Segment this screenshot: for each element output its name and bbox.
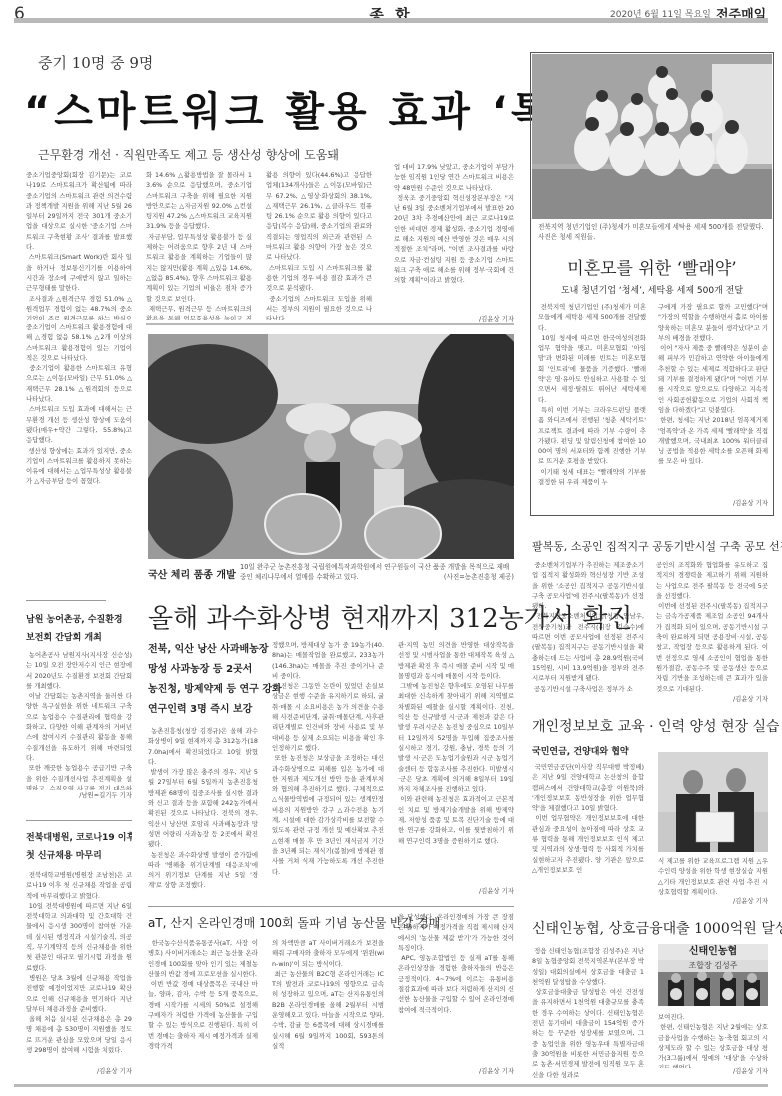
lead-deck: 근무환경 개선 · 직원만족도 제고 등 생산성 향상에 도움돼 <box>38 146 339 163</box>
privacy-byline: /김윤상 기자 <box>658 896 768 908</box>
palbok-column-2: 공인의 조직화와 협업화를 유도하고 집적지의 경쟁력을 제고하기 위해 지원하… <box>656 560 768 694</box>
cheongse-column-2: 구에게 가장 필요로 할까 고민했다"며 "가장의 역할을 수행하면서 홀로 아… <box>658 302 768 498</box>
agreement-signing-illustration <box>658 752 768 852</box>
at-column-1: 한국농수산식품유통공사(aT, 사장 이병호) 사이버거래소는 최근 농산물 온… <box>148 938 258 1078</box>
shintaein-banner-line2: 조합장 김성주 <box>658 960 768 972</box>
namwon-body: 농어촌공사 남원지사(지사장 신승성)는 10일 오전 장안저수지 인근 현장에… <box>26 650 132 790</box>
lead-column-2: 화 14.6% △활용방법을 잘 몰라서 13.6% 순으로 응답했으며, 중소… <box>146 170 252 320</box>
cheongse-staff-photo <box>532 54 772 219</box>
cheongse-subhead: 도내 청년기업 ‘청세’, 세탁용 세제 500개 전달 <box>530 283 774 296</box>
shintaein-column-2: 보여진다. 한편, 신태인농협은 지난 2월에는 상호금융사업을 수행하는 농·… <box>658 1012 768 1068</box>
lead-kicker: 중기 10명 중 9명 <box>38 52 153 73</box>
privacy-column-2: 식 제고를 위한 교육프로그램 지원 △우수인력 양성을 위한 학생 현장실습 … <box>658 856 768 896</box>
privacy-headline: 개인정보보호 교육 · 인력 양성 현장 실습 지원 <box>532 716 782 736</box>
at-rule <box>148 906 514 907</box>
staff-group-illustration <box>532 54 772 219</box>
namwon-headline-line1: 남원 농어촌공, 수질환경 <box>26 612 132 625</box>
privacy-subhead: 국민연금, 건양대와 협약 <box>532 744 629 757</box>
hospital-byline: /김윤상 기자 <box>26 1066 132 1078</box>
cheongse-photo-caption: 전북지역 청년기업인 (주)청세가 미혼모들에게 세탁용 세제 500개를 전달… <box>538 222 766 242</box>
lead-column-1: 중소기업중앙회(회장 김기문)는 코로나19로 스마트워크가 확산됨에 따라 중… <box>26 170 132 320</box>
fire-blight-column-3: 관·지역 농민 의견을 반영한 대상작목을 선정 및 시범사업을 통한 대체작목… <box>398 640 514 884</box>
fire-blight-subhead-4: 연구인력 3명 즉시 보강 <box>148 700 252 715</box>
cheongse-headline: 미혼모를 위한 ‘빨래약’ <box>530 254 774 279</box>
cherry-photo-credit: (사진=농촌진흥청 제공) <box>400 572 514 582</box>
fire-blight-subhead-3: 농진청, 방제약제 등 연구 강화 <box>148 680 282 695</box>
cheongse-byline: /김윤상 기자 <box>658 498 768 510</box>
brief-divider <box>26 820 132 821</box>
page-bottom-rule <box>14 1084 768 1087</box>
at-headline: aT, 산지 온라인경매 100회 돌파 기념 농산물 반값 경매 <box>148 914 440 931</box>
shintaein-headline: 신태인농협, 상호금융대출 1000억원 달성 <box>532 918 782 938</box>
lead-column-1-cont: 중소기업이 스마트워크 활용경험에 대해 △경험 없음 58.1% △2개 이상… <box>26 322 132 592</box>
namwon-byline: /남원=길기두 기자 <box>26 790 132 802</box>
hospital-body: 전북대학교병원(병원장 조남천)은 코로나19 이후 첫 신규채용 작업을 공립… <box>26 870 132 1066</box>
at-column-2: 의 차액만큼 aT 사이버거래소가 보전을 해줘 구매자와 출하자 모두에게 '… <box>272 938 384 1078</box>
namwon-headline-line2: 보전회 간담회 개최 <box>26 630 102 643</box>
shintaein-byline: /김윤상 기자 <box>658 1066 768 1078</box>
shintaein-banner: 신태인농협 <box>658 944 768 960</box>
shintaein-award-photo: 신태인농협 조합장 김성주 <box>658 944 768 1006</box>
at-column-3: 을 달성했다. 온라인경매의 가장 큰 장점은 출하자가 예정가격을 직접 제시… <box>398 912 514 1066</box>
shintaein-column-1: 정읍 신태인농협(조합장 김성주)은 지난 8일 농협중앙회 전북지역본부(본부… <box>532 946 644 1078</box>
cherry-photo-illustration <box>148 334 514 559</box>
fire-blight-column-2: 정했으며, 방제대상 농가 중 19농가(40.8ha)는 매몰작업을 완료했고… <box>272 640 384 894</box>
award-ceremony-illustration <box>658 972 768 1006</box>
brief-rule <box>26 600 106 601</box>
hospital-headline-line1: 전북대병원, 코로나19 이후 <box>26 830 132 843</box>
section-rule <box>146 323 514 325</box>
masthead-rule <box>14 18 768 23</box>
fire-blight-byline: /김윤상 기자 <box>398 886 514 898</box>
lead-column-4: 업 대비 17.9% 낮았고, 중소기업이 부담가능한 임직원 1인당 연간 스… <box>394 162 514 312</box>
palbok-column-1: 중소벤처기업부가 추진하는 제조중소기업 집적지 활성화와 혁신성장 기반 조성… <box>532 560 644 694</box>
palbok-headline: 팔복동, 소공인 집적지구 공동기반시설 구축 공모 선정 <box>532 538 782 554</box>
lead-column-3: 활용 의향이 있다(44.6%)고 응답한 업체(134개사)들은 △이동(모바… <box>266 170 372 320</box>
privacy-column-1: 국민연금공단(이사장 직무대행 박정배)은 지난 9일 건양대학교 논산창의 융… <box>532 762 644 892</box>
cherry-photo-label: 국산 체리 품종 개발 <box>148 566 236 581</box>
fire-blight-subhead-1: 전북, 익산 낭산 사과배농장 <box>148 640 269 655</box>
hospital-headline-line2: 첫 신규채용 마무리 <box>26 848 102 861</box>
cherry-harvest-photo <box>148 334 514 559</box>
cheongse-column-1: 전북지역 청년기업인 (주)청세가 미혼모들에게 세탁용 세제 500개를 전달… <box>538 302 646 508</box>
privacy-agreement-photo <box>658 752 768 852</box>
palbok-byline: /김윤상 기자 <box>656 694 768 706</box>
fire-blight-column-1: 농촌진흥청(청장 김경규)은 올해 과수화상병이 9일 현재까지 총 312농가… <box>148 726 258 894</box>
at-byline: /김윤상 기자 <box>398 1066 514 1078</box>
fire-blight-subhead-2: 망성 사과농장 등 2곳서 <box>148 660 252 675</box>
